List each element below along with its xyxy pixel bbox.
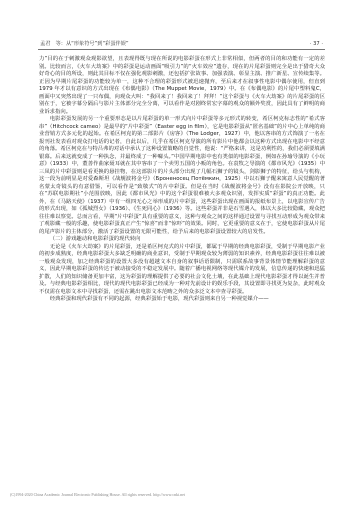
article-body: 力”目的在于刺激观众观影欲望，且表现得既与现在所说的电影彩蛋在形式上非常相似，但… xyxy=(39,56,325,304)
page-number: · 37 · xyxy=(310,40,323,49)
running-header-title: 孟君 等：从“形象符号”到“彩蛋伴娱” xyxy=(40,40,129,49)
copyright-footer: (C)1994-2020 China Academic Journal Elec… xyxy=(10,492,350,497)
paragraph: 力”目的在于刺激观众观影欲望，且表现得既与现在所说的电影彩蛋在形式上非常相似，但… xyxy=(39,56,325,116)
running-header: 孟君 等：从“形象符号”到“彩蛋伴娱” · 37 · xyxy=(33,40,325,49)
section-heading: （二）游戏趣动和电影彩蛋的现代转向 xyxy=(39,236,325,244)
paragraph: 无论是《火车大劫案》的片尾彩蛋，还是希区柯克式的片中彩蛋，都属于早期的经典电影彩… xyxy=(39,244,325,297)
header-rule xyxy=(38,49,325,50)
paragraph: 经典彩蛋和现代彩蛋有不同的起源，经典彩蛋始于电影，现代彩蛋则来自另一种视觉媒介—… xyxy=(39,296,325,304)
paragraph: 电影彩蛋发展的另一个重要形态是以片尾彩蛋的单一形式向片中彩蛋等多元形式的转变，希… xyxy=(39,116,325,236)
